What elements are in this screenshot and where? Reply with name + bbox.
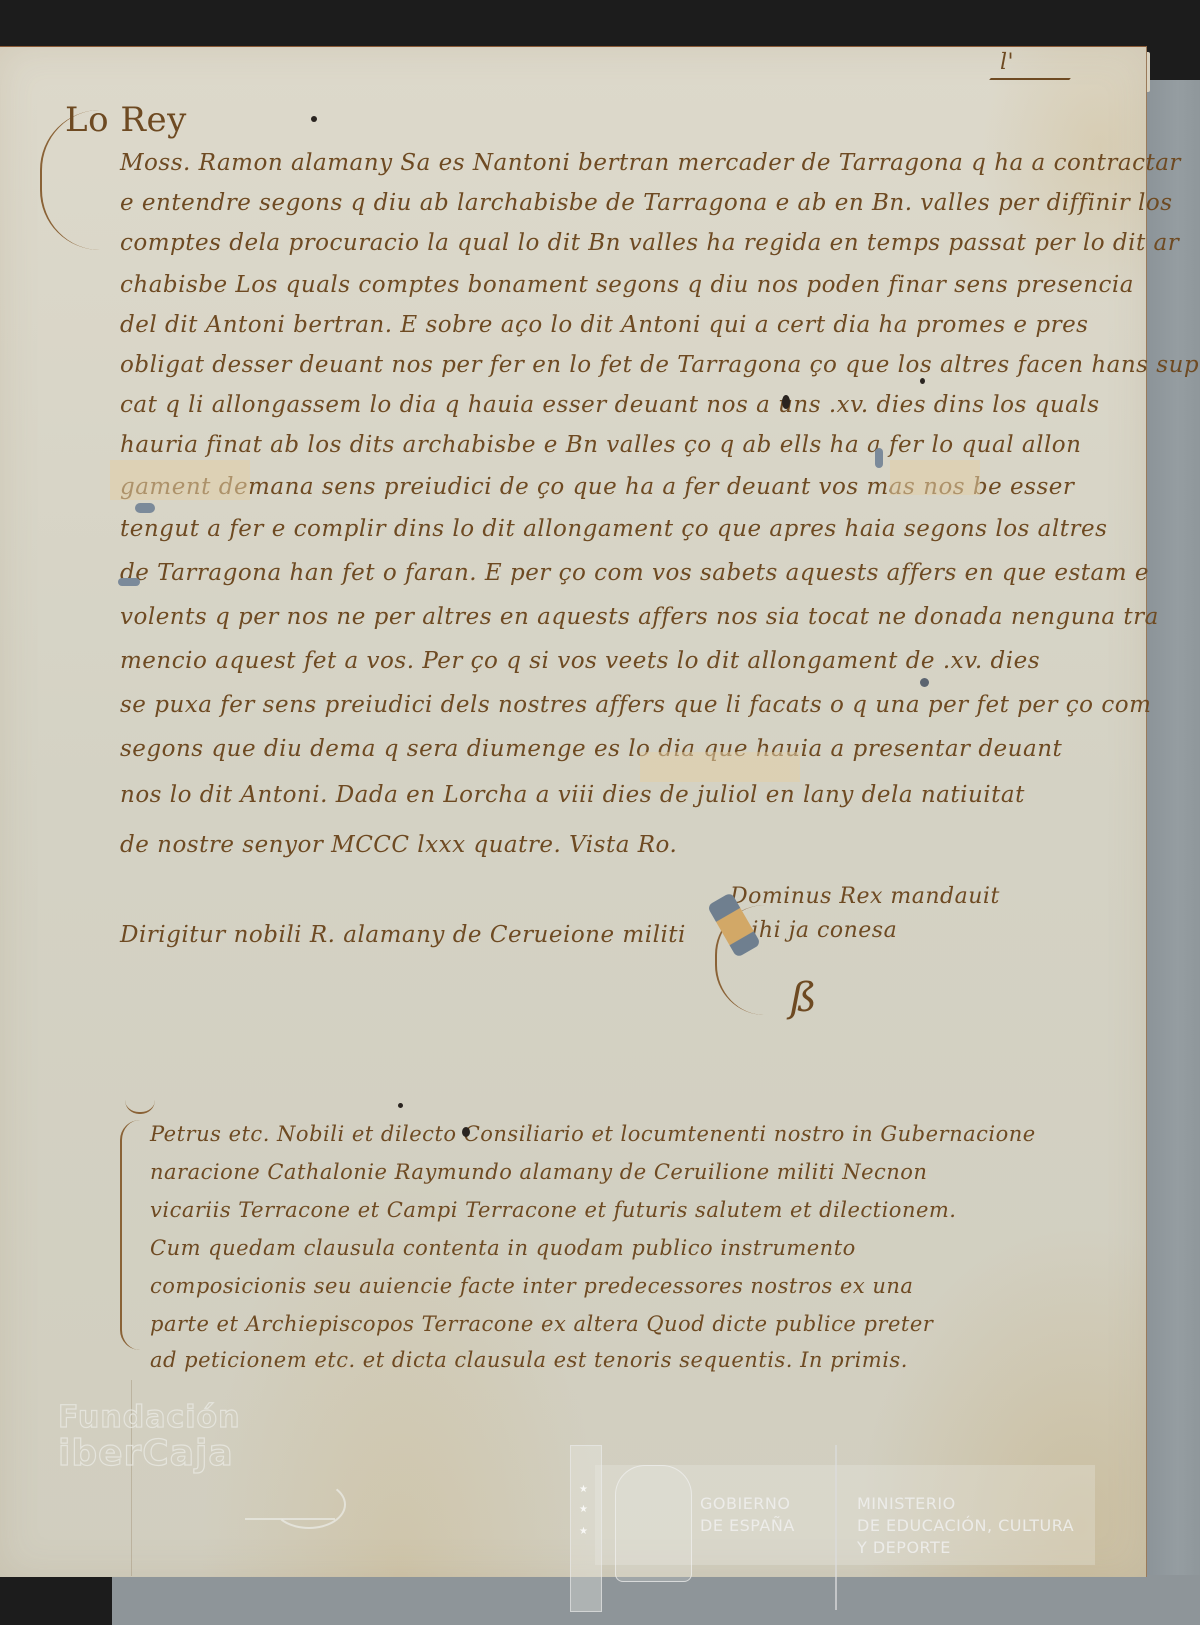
gov-text-line: DE ESPAÑA — [700, 1515, 795, 1537]
ink-dot — [311, 116, 317, 122]
body-line: del dit Antoni bertran. E sobre aço lo d… — [120, 312, 1089, 338]
gobierno-text: GOBIERNO DE ESPAÑA — [700, 1493, 795, 1537]
star-icon: ★ — [579, 1484, 588, 1495]
signature-line: Dominus Rex mandauit — [730, 880, 1000, 914]
ink-blot — [462, 1127, 470, 1137]
latin-line: naracione Cathalonie Raymundo alamany de… — [150, 1160, 927, 1184]
ink-dot — [398, 1103, 403, 1108]
ibercaja-watermark-line1: Fundación — [58, 1400, 240, 1436]
latin-line: ad peticionem etc. et dicta clausula est… — [150, 1348, 908, 1372]
folio-underline — [989, 78, 1071, 80]
repair-tape — [110, 460, 250, 500]
ibercaja-watermark: Fundación iberCaja — [58, 1400, 240, 1472]
repair-tape — [640, 752, 800, 782]
signature-block: Dominus Rex mandauit mihi ja conesa — [730, 880, 1000, 948]
government-watermark: ★ ★ ★ GOBIERNO DE ESPAÑA MINISTERIO DE E… — [570, 1445, 1145, 1605]
body-line: comptes dela procuracio la qual lo dit B… — [120, 230, 1179, 256]
latin-line: Cum quedam clausula contenta in quodam p… — [150, 1236, 856, 1260]
ministry-text-line: Y DEPORTE — [857, 1537, 1074, 1559]
eu-flag-bar-icon: ★ ★ ★ — [570, 1445, 602, 1612]
body-line: volents q per nos ne per altres en aques… — [120, 604, 1159, 630]
body-line: de Tarragona han fet o faran. E per ço c… — [120, 560, 1149, 586]
ink-blot — [782, 395, 790, 409]
body-line: obligat desser deuant nos per fer en lo … — [120, 352, 1200, 378]
stain — [118, 578, 140, 586]
repair-tape — [890, 460, 980, 495]
ministry-text-line: DE EDUCACIÓN, CULTURA — [857, 1515, 1074, 1537]
folio-number: l' — [1000, 50, 1014, 75]
ink-blot — [920, 678, 929, 687]
latin-line: Petrus etc. Nobili et dilecto Consiliari… — [150, 1122, 1036, 1146]
gov-text-line: GOBIERNO — [700, 1493, 795, 1515]
ministerio-text: MINISTERIO DE EDUCACIÓN, CULTURA Y DEPOR… — [857, 1493, 1074, 1559]
body-line: cat q li allongassem lo dia q hauia esse… — [120, 392, 1100, 418]
body-line: nos lo dit Antoni. Dada en Lorcha a viii… — [120, 782, 1025, 808]
stain — [875, 448, 883, 468]
body-line: segons que diu dema q sera diumenge es l… — [120, 736, 1062, 762]
body-line: se puxa fer sens preiudici dels nostres … — [120, 692, 1151, 718]
ibercaja-logo-icon — [272, 1480, 346, 1529]
latin-line: vicariis Terracone et Campi Terracone et… — [150, 1198, 956, 1222]
signature-mark: ß — [790, 975, 817, 1021]
stain — [135, 503, 155, 513]
ministry-text-line: MINISTERIO — [857, 1493, 1074, 1515]
signature-line: mihi ja conesa — [730, 914, 1000, 948]
body-line: tengut a fer e complir dins lo dit allon… — [120, 516, 1107, 542]
body-line: mencio aquest fet a vos. Per ço q si vos… — [120, 648, 1040, 674]
ibercaja-watermark-line2: iberCaja — [58, 1436, 240, 1472]
coat-of-arms-icon — [615, 1465, 692, 1582]
body-line: chabisbe Los quals comptes bonament sego… — [120, 272, 1134, 298]
letter-heading: Lo Rey — [65, 100, 187, 140]
body-line: hauria finat ab los dits archabisbe e Bn… — [120, 432, 1081, 458]
address-line: Dirigitur nobili R. alamany de Cerueione… — [120, 922, 686, 948]
latin-line: parte et Archiepiscopos Terracone ex alt… — [150, 1312, 933, 1336]
star-icon: ★ — [579, 1526, 588, 1537]
latin-line: composicionis seu auiencie facte inter p… — [150, 1274, 913, 1298]
body-line: e entendre segons q diu ab larchabisbe d… — [120, 190, 1173, 216]
star-icon: ★ — [579, 1504, 588, 1515]
watermark-divider — [835, 1445, 837, 1610]
grey-mat-right — [1145, 80, 1200, 1625]
body-line: Moss. Ramon alamany Sa es Nantoni bertra… — [120, 150, 1181, 176]
ink-dot — [920, 378, 925, 384]
body-line: de nostre senyor MCCC lxxx quatre. Vista… — [120, 832, 677, 858]
